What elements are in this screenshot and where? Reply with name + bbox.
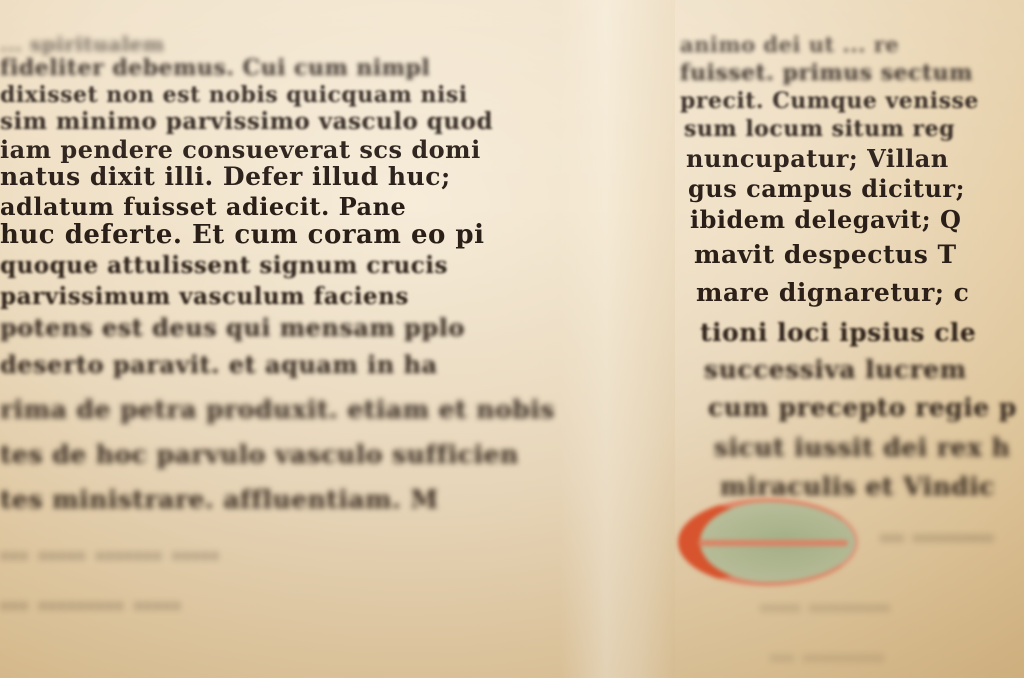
- manuscript-line: tioni loci ipsius cle: [700, 318, 976, 347]
- manuscript-line: dixisset non est nobis quicquam nisi: [0, 82, 468, 108]
- manuscript-line: huc deferte. Et cum coram eo pi: [0, 220, 484, 250]
- manuscript-line: precit. Cumque venisse: [680, 88, 979, 114]
- manuscript-line: cum precepto regie p: [708, 393, 1017, 422]
- manuscript-line: ... ..........: [770, 640, 884, 666]
- manuscript-line: sim minimo parvissimo vasculo quod: [0, 108, 493, 135]
- manuscript-line: fuisset. primus sectum: [680, 60, 973, 86]
- manuscript-line: deserto paravit. et aquam in ha: [0, 350, 438, 379]
- manuscript-line: ... ......... .....: [0, 585, 181, 615]
- manuscript-line: parvissimum vasculum faciens: [0, 283, 409, 310]
- manuscript-line: mavit despectus T: [694, 240, 957, 269]
- manuscript-line: successiva lucrem: [704, 355, 967, 384]
- manuscript-line: animo dei ut ... re: [680, 32, 899, 57]
- manuscript-line: fideliter debemus. Cui cum nimpl: [0, 55, 430, 81]
- manuscript-line: ... ..... ....... .....: [0, 535, 220, 565]
- manuscript-line: ... spiritualem: [0, 32, 165, 56]
- manuscript-line: mare dignaretur; c: [696, 278, 969, 307]
- manuscript-line: sum locum situm reg: [684, 116, 955, 142]
- illuminated-initial: [668, 490, 878, 595]
- manuscript-line: nuncupatur; Villan: [686, 144, 949, 173]
- manuscript-line: tes de hoc parvulo vasculo sufficien: [0, 440, 519, 469]
- manuscript-line: natus dixit illi. Defer illud huc;: [0, 162, 451, 191]
- manuscript-line: iam pendere consueverat scs domi: [0, 135, 481, 164]
- manuscript-line: quoque attulissent signum crucis: [0, 252, 448, 279]
- manuscript-line: ibidem delegavit; Q: [690, 205, 961, 234]
- manuscript-line: gus campus dicitur;: [688, 174, 965, 203]
- manuscript-line: sicut iussit dei rex h: [714, 433, 1010, 462]
- initial-crossbar-decoration: [698, 540, 848, 546]
- manuscript-line: rima de petra produxit. etiam et nobis: [0, 395, 555, 424]
- manuscript-line: adlatum fuisset adiecit. Pane: [0, 192, 406, 221]
- left-text-column: ... spiritualem fideliter debemus. Cui c…: [0, 0, 560, 678]
- manuscript-gutter: [560, 0, 675, 678]
- manuscript-line: ... ..........: [880, 520, 994, 546]
- manuscript-line: tes ministrare. affluentiam. M: [0, 485, 439, 514]
- manuscript-line: potens est deus qui mensam pplo: [0, 313, 465, 342]
